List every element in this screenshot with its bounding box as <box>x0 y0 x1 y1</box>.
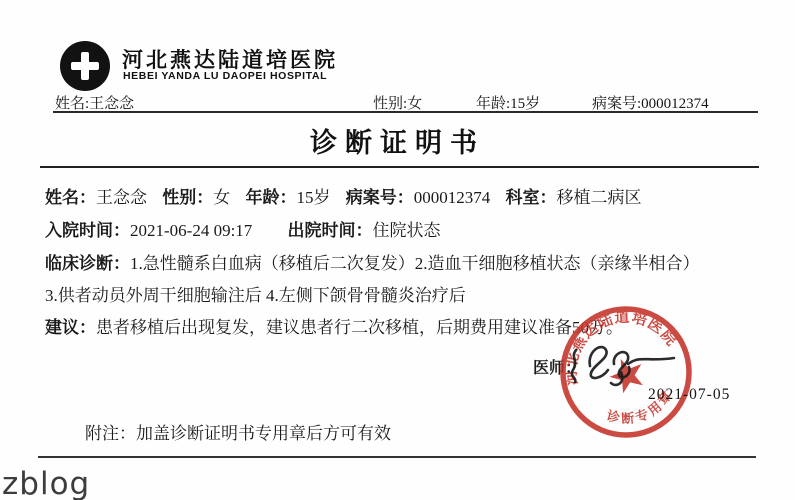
diagnosis-label: 临床诊断： <box>45 254 130 273</box>
diagnosis-line2: 3.供者动员外周干细胞输注后 4.左侧下颌骨骨髓炎治疗后 <box>45 286 466 305</box>
advice-label: 建议： <box>45 318 96 337</box>
diagnosis-row: 临床诊断：1.急性髓系白血病（移植后二次复发）2.造血干细胞移植状态（亲缘半相合… <box>45 249 700 274</box>
zblog-watermark: zblog <box>2 466 90 500</box>
diagnosis-row-continued: 3.供者动员外周干细胞输注后 4.左侧下颌骨骨髓炎治疗后 <box>45 281 466 306</box>
field-case-no: 病案号：000012374 <box>346 188 491 207</box>
bar-patient-age: 年龄:15岁 <box>476 92 540 113</box>
advice-text: 患者移植后出现复发，建议患者行二次移植，后期费用建议准备50万。 <box>96 318 623 337</box>
note-label: 附注： <box>85 424 136 443</box>
admission-row: 入院时间：2021-06-24 09:17 出院时间：住院状态 <box>45 216 452 241</box>
hospital-logo-cross-icon <box>60 41 110 91</box>
bar-patient-name: 姓名:王念念 <box>55 92 134 113</box>
cross-icon <box>71 62 99 70</box>
note-text: 加盖诊断证明书专用章后方可有效 <box>136 424 391 443</box>
field-discharge-time: 出院时间：住院状态 <box>288 221 441 240</box>
bar-case-number: 病案号:000012374 <box>592 92 709 113</box>
doctor-signature <box>566 334 696 394</box>
doctor-date: 2021-07-05 <box>648 386 730 404</box>
page-title: 诊断证明书 <box>0 121 795 160</box>
field-gender: 性别：女 <box>162 188 230 207</box>
bottom-divider <box>38 456 756 458</box>
note-row: 附注：加盖诊断证明书专用章后方可有效 <box>85 419 391 444</box>
diagnosis-certificate-scan: 河北燕达陆道培医院 HEBEI YANDA LU DAOPEI HOSPITAL… <box>0 0 795 500</box>
bar-patient-gender: 性别:女 <box>373 92 422 113</box>
advice-row: 建议：患者移植后出现复发，建议患者行二次移植，后期费用建议准备50万。 <box>45 313 623 338</box>
field-admission-time: 入院时间：2021-06-24 09:17 <box>45 221 252 240</box>
diagnosis-line1: 1.急性髓系白血病（移植后二次复发）2.造血干细胞移植状态（亲缘半相合） <box>130 254 700 273</box>
patient-info-row: 姓名：王念念 性别：女 年龄：15岁 病案号：000012374 科室：移植二病… <box>45 183 653 208</box>
hospital-name-en: HEBEI YANDA LU DAOPEI HOSPITAL <box>123 70 327 82</box>
field-department: 科室：移植二病区 <box>506 188 642 207</box>
header-divider <box>53 111 758 113</box>
field-name: 姓名：王念念 <box>45 188 147 207</box>
field-age: 年龄：15岁 <box>246 188 331 207</box>
section-divider <box>40 166 759 168</box>
